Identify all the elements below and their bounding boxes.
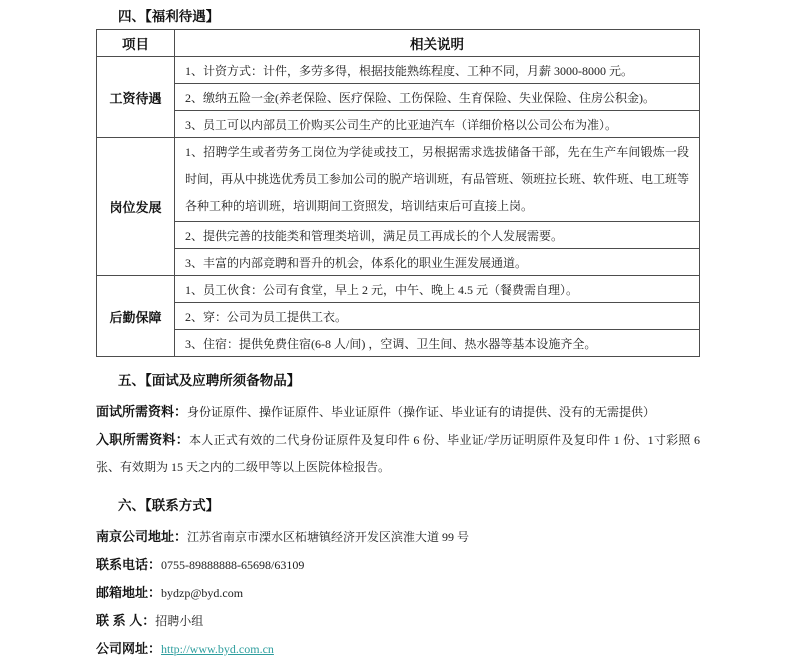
phone-value: 0755-89888888-65698/63109 [161,558,304,572]
interview-materials-line: 面试所需资料：身份证原件、操作证原件、毕业证原件（操作证、毕业证有的请提供、没有… [96,398,700,426]
company-address-label: 南京公司地址： [96,529,187,544]
table-cell: 2、穿：公司为员工提供工衣。 [175,303,700,330]
section6-heading: 六、【联系方式】 [96,497,700,514]
section5-heading: 五、【面试及应聘所须备物品】 [96,372,700,389]
table-cell: 2、提供完善的技能类和管理类培训，满足员工再成长的个人发展需要。 [175,222,700,249]
section4-heading: 四、【福利待遇】 [96,8,700,25]
table-cell: 3、丰富的内部竞聘和晋升的机会，体系化的职业生涯发展通道。 [175,249,700,276]
phone-label: 联系电话： [96,557,161,572]
contact-line-phone: 联系电话：0755-89888888-65698/63109 [96,551,700,579]
group-label-logistics: 后勤保障 [97,276,175,357]
contact-line-email: 邮箱地址：bydzp@byd.com [96,579,700,607]
table-cell: 2、缴纳五险一金(养老保险、医疗保险、工伤保险、生育保险、失业保险、住房公积金)… [175,84,700,111]
contact-line-address: 南京公司地址：江苏省南京市溧水区柘塘镇经济开发区滨淮大道 99 号 [96,523,700,551]
table-row: 岗位发展 1、招聘学生或者劳务工岗位为学徒或技工，另根据需求选拔储备干部，先在生… [97,138,700,222]
group-label-salary: 工资待遇 [97,57,175,138]
interview-materials-label: 面试所需资料： [96,404,187,419]
table-cell: 3、住宿：提供免费住宿(6-8 人/间) ，空调、卫生间、热水器等基本设施齐全。 [175,330,700,357]
email-value: bydzp@byd.com [161,586,243,600]
table-cell: 3、员工可以内部员工价购买公司生产的比亚迪汽车（详细价格以公司公布为准）。 [175,111,700,138]
benefits-table: 项目 相关说明 工资待遇 1、计资方式：计件，多劳多得，根据技能熟练程度、工种不… [96,29,700,357]
email-label: 邮箱地址： [96,585,161,600]
table-row: 2、穿：公司为员工提供工衣。 [97,303,700,330]
document-page: 四、【福利待遇】 项目 相关说明 工资待遇 1、计资方式：计件，多劳多得，根据技… [96,0,700,614]
table-row: 3、员工可以内部员工价购买公司生产的比亚迪汽车（详细价格以公司公布为准）。 [97,111,700,138]
onboarding-materials-label: 入职所需资料： [96,432,189,447]
table-row: 后勤保障 1、员工伙食：公司有食堂，早上 2 元，中午、晚上 4.5 元（餐费需… [97,276,700,303]
table-header-item: 项目 [97,30,175,57]
group-label-career: 岗位发展 [97,138,175,276]
table-header-description: 相关说明 [175,30,700,57]
table-cell: 1、计资方式：计件，多劳多得，根据技能熟练程度、工种不同，月薪 3000-800… [175,57,700,84]
table-row: 3、丰富的内部竞聘和晋升的机会，体系化的职业生涯发展通道。 [97,249,700,276]
interview-materials-text: 身份证原件、操作证原件、毕业证原件（操作证、毕业证有的请提供、没有的无需提供） [187,405,655,419]
table-cell: 1、招聘学生或者劳务工岗位为学徒或技工，另根据需求选拔储备干部，先在生产车间锻炼… [175,138,700,222]
onboarding-materials-line: 入职所需资料：本人正式有效的二代身份证原件及复印件 6 份、毕业证/学历证明原件… [96,426,700,481]
table-cell: 1、员工伙食：公司有食堂，早上 2 元，中午、晚上 4.5 元（餐费需自理）。 [175,276,700,303]
table-row: 3、住宿：提供免费住宿(6-8 人/间) ，空调、卫生间、热水器等基本设施齐全。 [97,330,700,357]
table-row: 2、缴纳五险一金(养老保险、医疗保险、工伤保险、生育保险、失业保险、住房公积金)… [97,84,700,111]
contact-line-person: 联 系 人：招聘小组 [96,607,700,614]
table-row: 2、提供完善的技能类和管理类培训，满足员工再成长的个人发展需要。 [97,222,700,249]
table-header-row: 项目 相关说明 [97,30,700,57]
table-row: 工资待遇 1、计资方式：计件，多劳多得，根据技能熟练程度、工种不同，月薪 300… [97,57,700,84]
company-address-value: 江苏省南京市溧水区柘塘镇经济开发区滨淮大道 99 号 [187,530,469,544]
